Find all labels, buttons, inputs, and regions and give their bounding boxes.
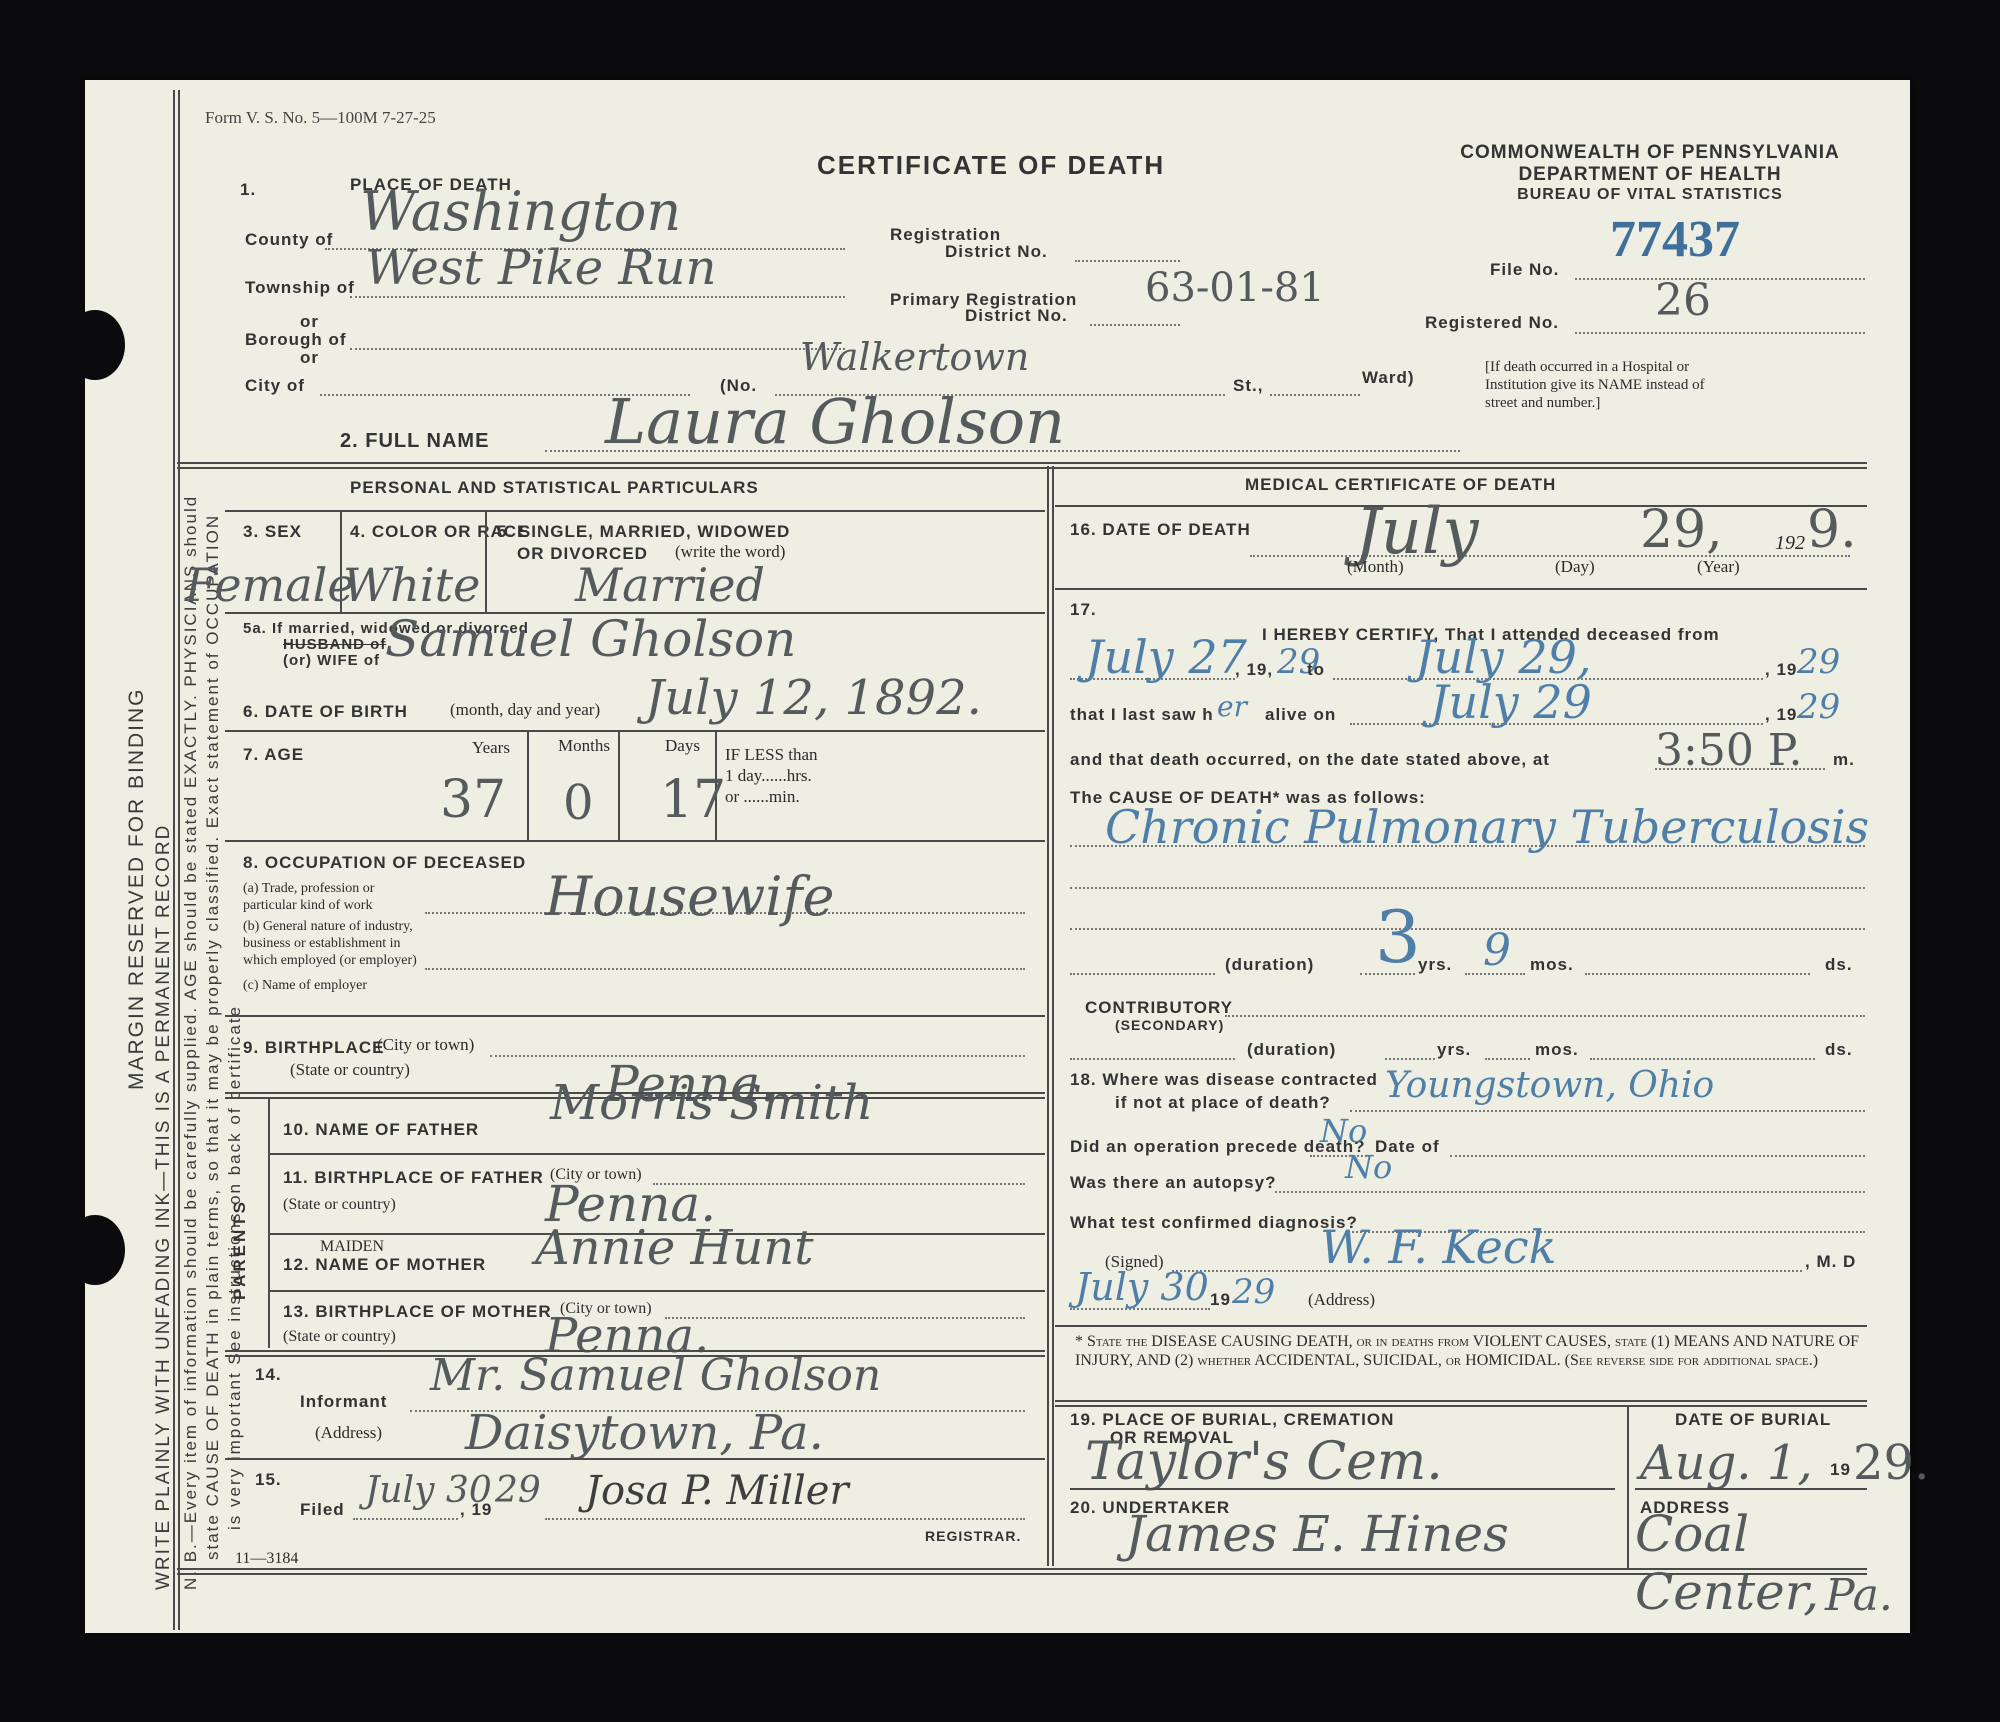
age-days-value[interactable]: 17 bbox=[660, 770, 726, 830]
md-label: , M. D bbox=[1805, 1252, 1856, 1272]
years-label: Years bbox=[472, 738, 510, 758]
last-saw-date-value[interactable]: July 29 bbox=[1430, 675, 1592, 729]
rule bbox=[485, 512, 487, 612]
burial-place-value[interactable]: Taylor's Cem. bbox=[1085, 1432, 1443, 1492]
item-number: 1. bbox=[240, 180, 256, 200]
mother-label: 12. NAME OF MOTHER bbox=[283, 1255, 486, 1275]
months-label: Months bbox=[558, 736, 610, 756]
month-label: (Month) bbox=[1347, 557, 1404, 577]
yrs-label: yrs. bbox=[1418, 955, 1452, 975]
age-months-value[interactable]: 0 bbox=[563, 775, 594, 831]
duration-pre-line bbox=[1070, 973, 1215, 975]
last-saw-label: that I last saw h bbox=[1070, 705, 1214, 725]
spouse-value[interactable]: Samuel Gholson bbox=[385, 610, 796, 668]
or-label: or bbox=[300, 348, 319, 368]
contributory-label: CONTRIBUTORY bbox=[1085, 998, 1233, 1018]
state-country-label: (State or country) bbox=[290, 1060, 410, 1080]
sex-label: 3. SEX bbox=[243, 522, 302, 542]
state-country-label: (State or country) bbox=[283, 1328, 396, 1346]
father-label: 10. NAME OF FATHER bbox=[283, 1120, 479, 1140]
occupation-label: 8. OCCUPATION OF DECEASED bbox=[243, 853, 526, 873]
primary-district-value[interactable]: 63-01-81 bbox=[1145, 265, 1325, 311]
last-saw-year-prefix: , 19 bbox=[1765, 705, 1797, 725]
dod-year-prefix: 192 bbox=[1775, 532, 1805, 555]
filed-label: Filed bbox=[300, 1500, 345, 1520]
mos-label: mos. bbox=[1530, 955, 1574, 975]
file-no-label: File No. bbox=[1490, 260, 1559, 280]
ward-label: Ward) bbox=[1362, 368, 1415, 388]
informant-value[interactable]: Mr. Samuel Gholson bbox=[430, 1350, 881, 1401]
borough-label: Borough of bbox=[245, 330, 347, 350]
dob-label: 6. DATE OF BIRTH bbox=[243, 702, 408, 722]
dob-value[interactable]: July 12, 1892. bbox=[645, 670, 982, 726]
footnote: * State the DISEASE CAUSING DEATH, or in… bbox=[1075, 1332, 1860, 1370]
page-title: CERTIFICATE OF DEATH bbox=[817, 150, 1165, 181]
dod-year-value[interactable]: 9. bbox=[1807, 500, 1857, 560]
file-no-line bbox=[1575, 278, 1865, 280]
reg-district-line bbox=[1075, 260, 1180, 262]
contracted-label: 18. Where was disease contracted bbox=[1070, 1070, 1378, 1090]
primary-district-line bbox=[1090, 324, 1180, 326]
contrib-days-line bbox=[1590, 1058, 1815, 1060]
cause-line bbox=[1070, 845, 1865, 847]
duration-days-line bbox=[1585, 973, 1810, 975]
or-label: or bbox=[300, 312, 319, 332]
sex-value[interactable]: Female bbox=[185, 558, 355, 612]
rule bbox=[1055, 588, 1867, 590]
sign-date-value[interactable]: July 30 bbox=[1075, 1265, 1209, 1309]
marital-value[interactable]: Married bbox=[575, 558, 765, 612]
operation-date-line bbox=[1450, 1155, 1865, 1157]
to-year-prefix: , 19 bbox=[1765, 660, 1797, 680]
filed-date-line bbox=[353, 1518, 458, 1520]
alive-on-label: alive on bbox=[1265, 705, 1336, 725]
street-value[interactable]: Walkertown bbox=[800, 335, 1029, 379]
maiden-label: MAIDEN bbox=[320, 1238, 384, 1256]
duration-months-value[interactable]: 9 bbox=[1483, 925, 1511, 976]
full-name-value[interactable]: Laura Gholson bbox=[605, 385, 1065, 458]
item-number: 15. bbox=[255, 1470, 282, 1490]
contracted-label2: if not at place of death? bbox=[1115, 1093, 1331, 1113]
rule bbox=[618, 732, 620, 840]
registered-no-value[interactable]: 26 bbox=[1655, 275, 1711, 326]
hours-label: 1 day......hrs. bbox=[725, 765, 850, 786]
burial-year-value[interactable]: 29. bbox=[1853, 1435, 1929, 1491]
binding-hole bbox=[65, 1215, 125, 1285]
burial-place-label: 19. PLACE OF BURIAL, CREMATION bbox=[1070, 1410, 1394, 1430]
registered-no-line bbox=[1575, 332, 1865, 334]
form-id: Form V. S. No. 5—100M 7-27-25 bbox=[205, 108, 436, 128]
day-label: (Day) bbox=[1555, 557, 1595, 577]
rule bbox=[225, 840, 1045, 842]
authority-line1: COMMONWEALTH OF PENNSYLVANIA bbox=[1420, 142, 1880, 164]
dod-label: 16. DATE OF DEATH bbox=[1070, 520, 1251, 540]
dod-day-value[interactable]: 29, bbox=[1640, 500, 1723, 560]
ds-label: ds. bbox=[1825, 1040, 1853, 1060]
county-value[interactable]: Washington bbox=[360, 180, 681, 243]
age-years-value[interactable]: 37 bbox=[440, 770, 506, 830]
filed-year-prefix: , 19 bbox=[460, 1500, 492, 1520]
rule bbox=[268, 1098, 270, 1348]
dob-note: (month, day and year) bbox=[450, 700, 600, 720]
duration-years-value[interactable]: 3 bbox=[1375, 895, 1421, 979]
township-label: Township of bbox=[245, 278, 355, 298]
sign-year-prefix: 19 bbox=[1210, 1290, 1231, 1310]
autopsy-line bbox=[1275, 1191, 1865, 1193]
days-label: Days bbox=[665, 736, 700, 756]
m-label: m. bbox=[1833, 750, 1855, 770]
duration-label: (duration) bbox=[1225, 955, 1314, 975]
informant-address-value[interactable]: Daisytown, Pa. bbox=[465, 1405, 824, 1461]
occupation-a-label: (a) Trade, profession or particular kind… bbox=[243, 880, 423, 914]
margin-ink-text: WRITE PLAINLY WITH UNFADING INK—THIS IS … bbox=[153, 824, 175, 1590]
wife-label: (or) WIFE of bbox=[283, 652, 380, 669]
informant-label: Informant bbox=[300, 1392, 387, 1412]
burial-year-prefix: 19 bbox=[1830, 1460, 1851, 1480]
occupation-b-label: (b) General nature of industry, business… bbox=[243, 918, 423, 969]
county-label: County of bbox=[245, 230, 333, 250]
reg-district-label2: District No. bbox=[945, 242, 1048, 262]
township-line bbox=[350, 296, 845, 298]
item-number: 17. bbox=[1070, 600, 1097, 620]
rule bbox=[1627, 1405, 1629, 1568]
mother-birthplace-label: 13. BIRTHPLACE OF MOTHER bbox=[283, 1302, 552, 1322]
death-certificate: MARGIN RESERVED FOR BINDING WRITE PLAINL… bbox=[85, 80, 1910, 1633]
form-code: 11—3184 bbox=[235, 1550, 298, 1568]
burial-date-value[interactable]: Aug. 1, bbox=[1640, 1435, 1813, 1491]
autopsy-label: Was there an autopsy? bbox=[1070, 1173, 1276, 1193]
to-label: to bbox=[1307, 660, 1325, 680]
marital-label: 5. SINGLE, MARRIED, WIDOWED bbox=[497, 522, 790, 542]
from-date-value[interactable]: July 27 bbox=[1085, 630, 1247, 684]
secondary-label: (SECONDARY) bbox=[1115, 1017, 1224, 1033]
medical-heading: MEDICAL CERTIFICATE OF DEATH bbox=[1245, 475, 1556, 495]
autopsy-value[interactable]: No bbox=[1345, 1148, 1392, 1186]
township-value[interactable]: West Pike Run bbox=[365, 240, 716, 296]
registrar-label: REGISTRAR. bbox=[925, 1528, 1021, 1544]
item-number: 14. bbox=[255, 1365, 282, 1385]
bottom-rule bbox=[177, 1568, 1867, 1575]
undertaker-address-state[interactable]: Pa. bbox=[1825, 1570, 1893, 1621]
undertaker-value[interactable]: James E. Hines bbox=[1125, 1505, 1509, 1563]
last-saw-year-value[interactable]: 29 bbox=[1797, 687, 1840, 727]
rule bbox=[1055, 1325, 1867, 1327]
filed-year-value[interactable]: 29 bbox=[495, 1470, 541, 1511]
test-label: What test confirmed diagnosis? bbox=[1070, 1213, 1358, 1233]
hospital-note: [If death occurred in a Hospital or Inst… bbox=[1485, 358, 1710, 412]
city-town-label: (City or town) bbox=[377, 1035, 474, 1055]
rule bbox=[225, 730, 1045, 732]
husband-label: HUSBAND of bbox=[283, 636, 386, 653]
mother-value[interactable]: Annie Hunt bbox=[535, 1220, 813, 1276]
occupation-c-label: (c) Name of employer bbox=[243, 978, 367, 994]
physician-signature[interactable]: W. F. Keck bbox=[1320, 1220, 1556, 1274]
ward-line bbox=[1270, 394, 1360, 396]
parents-label: PARENTS bbox=[230, 1199, 250, 1300]
ds-label: ds. bbox=[1825, 955, 1853, 975]
to-year-value[interactable]: 29 bbox=[1797, 642, 1840, 682]
rule bbox=[225, 1015, 1045, 1017]
from-year-prefix: , 19, bbox=[1235, 660, 1273, 680]
margin-binding-text: MARGIN RESERVED FOR BINDING bbox=[125, 688, 149, 1091]
registrar-line bbox=[545, 1518, 1025, 1520]
state-country-label: (State or country) bbox=[283, 1196, 396, 1214]
st-label: St., bbox=[1233, 376, 1263, 396]
rule bbox=[1635, 1488, 1867, 1490]
father-value[interactable]: Morris Smith bbox=[550, 1075, 873, 1131]
death-time-label: and that death occurred, on the date sta… bbox=[1070, 750, 1550, 770]
rule bbox=[1070, 1488, 1615, 1490]
registered-no-label: Registered No. bbox=[1425, 313, 1559, 333]
cause-line bbox=[1070, 887, 1865, 889]
operation-value[interactable]: No bbox=[1320, 1112, 1367, 1150]
year-label: (Year) bbox=[1697, 557, 1740, 577]
mos-label: mos. bbox=[1535, 1040, 1579, 1060]
duration-pre-line bbox=[1070, 1058, 1235, 1060]
employer-line bbox=[425, 968, 1025, 970]
cause-line bbox=[1070, 928, 1865, 930]
margin-rule bbox=[173, 90, 180, 1630]
physician-address-label: (Address) bbox=[1308, 1290, 1375, 1310]
margin-nb-text: N. B.—Every item of information should b… bbox=[181, 495, 201, 1590]
rule bbox=[1055, 1400, 1867, 1407]
section-divider bbox=[177, 462, 1867, 469]
dod-line bbox=[1250, 555, 1850, 557]
death-time-value[interactable]: 3:50 P. bbox=[1655, 725, 1802, 776]
registrar-signature[interactable]: Josa P. Miller bbox=[585, 1468, 849, 1514]
contributory-line bbox=[1225, 1015, 1865, 1017]
less-than-box: IF LESS than 1 day......hrs. or ......mi… bbox=[725, 744, 850, 807]
column-divider bbox=[1047, 466, 1054, 1566]
last-saw-pronoun[interactable]: er bbox=[1217, 690, 1247, 723]
minutes-label: or ......min. bbox=[725, 786, 850, 807]
binding-hole bbox=[65, 310, 125, 380]
full-name-label: 2. FULL NAME bbox=[340, 430, 489, 453]
primary-district-label2: District No. bbox=[965, 306, 1068, 326]
contracted-value[interactable]: Youngstown, Ohio bbox=[1385, 1065, 1714, 1106]
rule bbox=[527, 732, 529, 840]
contrib-years-line bbox=[1385, 1058, 1435, 1060]
rule bbox=[225, 510, 1045, 512]
rule bbox=[225, 1458, 1045, 1460]
duration-label: (duration) bbox=[1247, 1040, 1336, 1060]
personal-heading: PERSONAL AND STATISTICAL PARTICULARS bbox=[350, 478, 759, 498]
city-label: City of bbox=[245, 376, 305, 396]
mother-bp-line bbox=[665, 1317, 1025, 1319]
sign-year-value[interactable]: 29 bbox=[1232, 1272, 1275, 1312]
rule bbox=[268, 1290, 1045, 1292]
contrib-months-line bbox=[1485, 1058, 1530, 1060]
borough-line bbox=[350, 348, 845, 350]
race-value[interactable]: White bbox=[343, 558, 480, 612]
occupation-value[interactable]: Housewife bbox=[545, 865, 835, 928]
birthplace-label: 9. BIRTHPLACE bbox=[243, 1038, 384, 1058]
age-label: 7. AGE bbox=[243, 745, 304, 765]
rule bbox=[268, 1153, 1045, 1155]
less-than-label: IF LESS than bbox=[725, 744, 850, 765]
file-no-value[interactable]: 77437 bbox=[1610, 210, 1740, 269]
contracted-line bbox=[1350, 1110, 1865, 1112]
authority-line3: BUREAU OF VITAL STATISTICS bbox=[1420, 186, 1880, 204]
margin-cause-text: state CAUSE OF DEATH in plain terms, so … bbox=[203, 514, 223, 1560]
burial-date-label: DATE OF BURIAL bbox=[1675, 1410, 1831, 1430]
father-birthplace-label: 11. BIRTHPLACE OF FATHER bbox=[283, 1168, 544, 1188]
informant-address-label: (Address) bbox=[315, 1423, 382, 1443]
authority-line2: DEPARTMENT OF HEALTH bbox=[1420, 164, 1880, 186]
yrs-label: yrs. bbox=[1437, 1040, 1471, 1060]
